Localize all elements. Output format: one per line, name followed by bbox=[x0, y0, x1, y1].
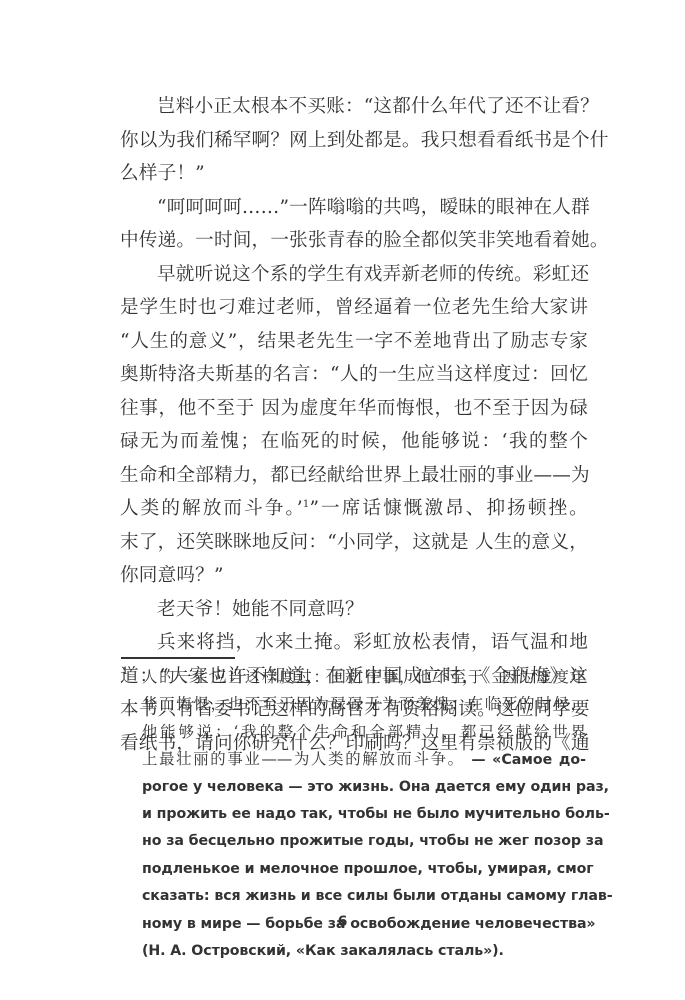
footnote-line: (Н. А. Островский, «Как закалялась сталь… bbox=[142, 938, 586, 965]
text-segment: ”一席话慷慨激昂、抑扬顿挫。 bbox=[309, 498, 588, 519]
footnote-line: сказать: вся жизнь и все силы были отдан… bbox=[142, 883, 586, 910]
footnote-line: но за бесцельно прожитые годы, чтобы не … bbox=[142, 828, 586, 855]
text-segment: 人类的解放而斗争。’ bbox=[120, 498, 303, 519]
text-line: 么样子！” bbox=[120, 157, 588, 191]
text-line: “呵呵呵呵……”一阵嗡嗡的共鸣，暧昧的眼神在人群 bbox=[120, 191, 588, 225]
footnote-line: рогое у человека — это жизнь. Она дается… bbox=[142, 774, 586, 801]
text-line: 你同意吗？” bbox=[120, 559, 588, 593]
footnote-divider bbox=[121, 657, 235, 659]
footnote-line: подленькое и мелочное прошлое, чтобы, ум… bbox=[142, 856, 586, 883]
footnote-line-mixed: 上最壮丽的事业——为人类的解放而斗争。 — «Самое до- bbox=[142, 746, 586, 773]
book-page: 岂料小正太根本不买账：“这都什么年代了还不让看？ 你以为我们稀罕啊？网上到处都是… bbox=[0, 0, 685, 1000]
footnote-line: 华而悔恨，也不至于因为碌碌无为而羞愧；在临死的时候， bbox=[142, 691, 586, 718]
text-line: 岂料小正太根本不买账：“这都什么年代了还不让看？ bbox=[120, 90, 588, 124]
footnote-line: 他能够说：‘我的整个生命和全部精力，都已经献给世界 bbox=[142, 719, 586, 746]
text-line: 中传递。一时间，一张张青春的脸全都似笑非笑地看着她。 bbox=[120, 224, 588, 258]
text-line: “人生的意义”，结果老先生一字不差地背出了励志专家 bbox=[120, 325, 588, 359]
footnote-line: 人的一生应当这样度过：回忆往事，他不至于 因为虚度年 bbox=[142, 664, 586, 691]
footnote-segment-ru: — «Самое до- bbox=[465, 752, 586, 768]
text-line: 是学生时也刁难过老师，曾经逼着一位老先生给大家讲 bbox=[120, 291, 588, 325]
footnote-marker: 1 bbox=[122, 666, 128, 677]
text-line: 老天爷！她能不同意吗？ bbox=[120, 593, 588, 627]
footnote-segment-zh: 上最壮丽的事业——为人类的解放而斗争。 bbox=[142, 750, 465, 768]
text-line: 奥斯特洛夫斯基的名言：“人的一生应当这样度过：回忆 bbox=[120, 358, 588, 392]
text-line: 往事，他不至于 因为虚度年华而悔恨，也不至于因为碌 bbox=[120, 392, 588, 426]
text-line: 早就听说这个系的学生有戏弄新老师的传统。彩虹还 bbox=[120, 258, 588, 292]
text-line: 末了，还笑眯眯地反问：“小同学，这就是 人生的意义， bbox=[120, 526, 588, 560]
text-line-with-footnote-ref: 人类的解放而斗争。’1”一席话慷慨激昂、抑扬顿挫。 bbox=[120, 492, 588, 526]
footnote-line: и прожить ее надо так, чтобы не было муч… bbox=[142, 801, 586, 828]
text-line: 碌无为而羞愧；在临死的时候，他能够说：‘我的整个 bbox=[120, 425, 588, 459]
text-line: 兵来将挡，水来土掩。彩虹放松表情，语气温和地 bbox=[120, 626, 588, 660]
page-number: 6 bbox=[0, 914, 685, 930]
text-line: 生命和全部精力，都已经献给世界上最壮丽的事业——为 bbox=[120, 459, 588, 493]
main-text: 岂料小正太根本不买账：“这都什么年代了还不让看？ 你以为我们稀罕啊？网上到处都是… bbox=[120, 90, 588, 760]
text-line: 你以为我们稀罕啊？网上到处都是。我只想看看纸书是个什 bbox=[120, 124, 588, 158]
